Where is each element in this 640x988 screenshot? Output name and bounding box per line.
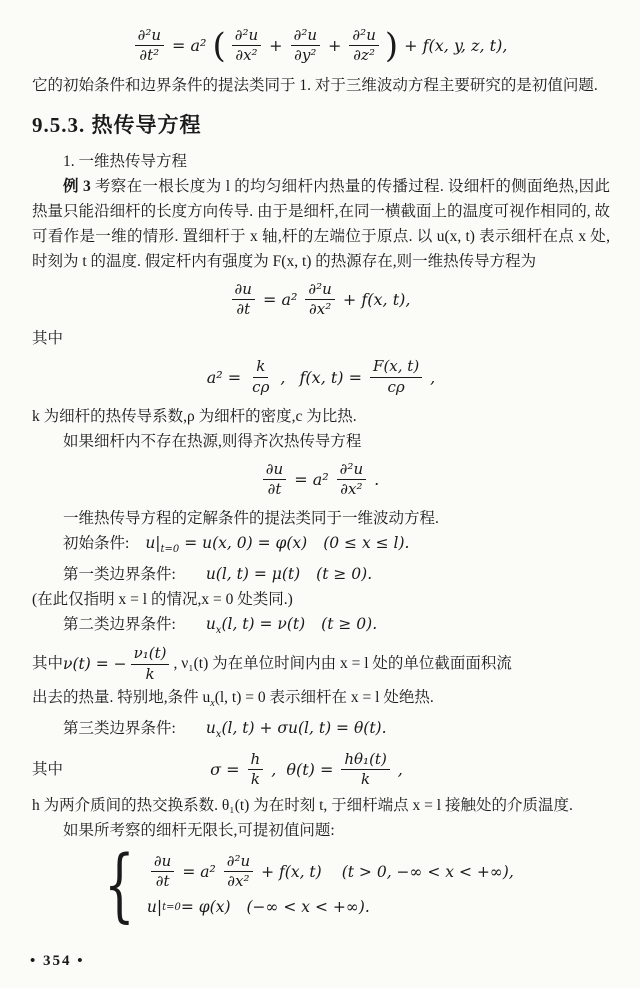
fraction: ∂²u ∂t² <box>135 27 164 65</box>
paragraph-coefficient-meaning: k 为细杆的热传导系数,ρ 为细杆的密度,c 为比热. <box>32 404 610 429</box>
fraction: ∂²u ∂x² <box>224 853 253 891</box>
fraction-numerator: ∂²u <box>135 27 164 46</box>
paragraph-intro: 它的初始条件和边界条件的提法类同于 1. 对于三维波动方程主要研究的是初值问题. <box>32 73 610 98</box>
a-squared-equals: a² = <box>207 368 241 387</box>
equals-coefficient: = a² <box>182 863 215 881</box>
formula-subscript: t=0 <box>161 544 180 555</box>
where-label: 其中 <box>32 757 63 782</box>
fraction-denominator: ∂y² <box>291 46 319 64</box>
paragraph-note-x0: (在此仅指明 x = l 的情况,x = 0 处类同.) <box>32 587 610 612</box>
condition-range: (0 ≤ x ≤ l). <box>323 534 409 552</box>
condition-label: 初始条件: <box>63 535 129 552</box>
equation-tail: . <box>374 470 379 489</box>
fraction-denominator: ∂x² <box>337 480 365 498</box>
fraction-denominator: ∂z² <box>350 46 378 64</box>
paragraph-h-meaning: h 为两介质间的热交换系数. θ₁(t) 为在时刻 t, 于细杆端点 x = l… <box>32 793 610 818</box>
fraction-numerator: ∂²u <box>349 27 378 46</box>
fraction: hθ₁(t) k <box>341 751 389 789</box>
fraction: F(x, t) cρ <box>370 358 422 396</box>
fraction: ∂u ∂t <box>232 281 255 319</box>
fraction-numerator: F(x, t) <box>370 358 422 377</box>
equation-3d-wave: ∂²u ∂t² = a² ( ∂²u ∂x² + ∂²u ∂y² + ∂²u ∂… <box>32 27 610 65</box>
fraction-denominator: k <box>358 770 373 788</box>
fraction-denominator: ∂t <box>233 300 253 318</box>
fraction-denominator: ∂t <box>153 872 173 890</box>
plus-sign: + <box>328 36 341 55</box>
sigma-equals: σ = <box>210 760 239 779</box>
condition-formula: ux(l, t) = ν(t) <box>206 615 305 633</box>
fraction-denominator: ∂t <box>265 480 285 498</box>
equation-tail: , <box>430 368 435 387</box>
section-heading: 9.5.3. 热传导方程 <box>32 112 610 139</box>
plus-sign: + <box>269 36 282 55</box>
system-line-pde: ∂u ∂t = a² ∂²u ∂x² + f(x, t) (t > 0, −∞ … <box>147 853 518 891</box>
fraction-denominator: ∂t² <box>136 46 162 64</box>
boundary-condition-2-line: 第二类边界条件:ux(l, t) = ν(t)(t ≥ 0). <box>32 612 610 643</box>
section-title: 热传导方程 <box>92 113 202 137</box>
fraction-denominator: ∂x² <box>224 872 252 890</box>
condition-label: 第一类边界条件: <box>63 566 176 583</box>
condition-label: 第三类边界条件: <box>63 720 176 737</box>
equation-tail: , <box>398 760 403 779</box>
paragraph-example-3: 例 3 考察在一根长度为 l 的均匀细杆内热量的传播过程. 设细杆的侧面绝热,因… <box>32 174 610 274</box>
condition-range: (t > 0, −∞ < x < +∞), <box>342 863 514 881</box>
equation-heat-homogeneous: ∂u ∂t = a² ∂²u ∂x² . <box>32 461 610 499</box>
condition-label: 第二类边界条件: <box>63 616 176 633</box>
formula-subscript: t=0 <box>162 902 181 913</box>
fraction: ∂u ∂t <box>151 853 174 891</box>
fraction: ∂²u ∂y² <box>291 27 320 65</box>
equation-tail: + f(x, t) <box>261 863 322 881</box>
where-label: 其中 <box>32 326 610 351</box>
page-number: • 354 • <box>30 953 85 970</box>
fraction-denominator: ∂x² <box>306 300 334 318</box>
fraction-denominator: ∂x² <box>232 46 260 64</box>
initial-condition-line: 初始条件:u|t=0 = u(x, 0) = φ(x)(0 ≤ x ≤ l). <box>32 531 610 562</box>
equation-tail: + f(x, t), <box>343 290 411 309</box>
system-line-initial: u|t=0 = φ(x) (−∞ < x < +∞). <box>147 898 518 916</box>
fraction-denominator: cρ <box>384 378 407 396</box>
equation-heat-1d: ∂u ∂t = a² ∂²u ∂x² + f(x, t), <box>32 281 610 319</box>
fraction-denominator: k <box>142 665 157 683</box>
f-equals: f(x, t) = <box>300 368 363 387</box>
formula-part: u| <box>147 898 162 916</box>
fraction-numerator: k <box>253 358 268 377</box>
condition-formula: ux(l, t) + σu(l, t) = θ(t). <box>206 719 387 737</box>
condition-range: (t ≥ 0). <box>321 615 377 633</box>
fraction: ∂²u ∂x² <box>337 461 366 499</box>
formula-part: u <box>206 615 216 633</box>
formula-part: u| <box>145 534 160 552</box>
fraction-numerator: ∂²u <box>224 853 253 872</box>
condition-formula: u(l, t) = μ(t) <box>206 565 300 583</box>
theta-equals: θ(t) = <box>286 760 333 779</box>
right-paren: ) <box>385 29 398 63</box>
fraction-numerator: ∂u <box>151 853 174 872</box>
sigma-theta-row: 其中 σ = h k , θ(t) = hθ₁(t) k , <box>32 751 610 789</box>
condition-formula: u|t=0 = u(x, 0) = φ(x) <box>145 534 307 552</box>
fraction-numerator: hθ₁(t) <box>341 751 389 770</box>
paragraph-nu-definition: 其中 ν(t) = − ν₁(t) k , ν₁(t) 为在单位时间内由 x =… <box>32 645 610 683</box>
fraction: ∂²u ∂x² <box>232 27 261 65</box>
example-label: 例 3 <box>63 178 91 195</box>
equation-coefficients: a² = k cρ , f(x, t) = F(x, t) cρ , <box>32 358 610 396</box>
fraction: ∂u ∂t <box>263 461 286 499</box>
section-number: 9.5.3. <box>32 113 85 137</box>
formula-part: (l, t) = ν(t) <box>221 615 305 633</box>
formula-part: = φ(x) <box>181 898 231 916</box>
formula-part: (l, t) + σu(l, t) = θ(t). <box>221 719 386 737</box>
fraction-numerator: ∂²u <box>291 27 320 46</box>
scanned-textbook-page: ∂²u ∂t² = a² ( ∂²u ∂x² + ∂²u ∂y² + ∂²u ∂… <box>0 0 640 988</box>
boundary-condition-1-line: 第一类边界条件:u(l, t) = μ(t)(t ≥ 0). <box>32 562 610 587</box>
comma: , <box>280 368 285 387</box>
left-brace: { <box>104 849 135 921</box>
comma: , <box>271 760 276 779</box>
fraction: ν₁(t) k <box>131 645 170 683</box>
fraction: k cρ <box>249 358 272 396</box>
fraction: ∂²u ∂z² <box>349 27 378 65</box>
condition-range: (t ≥ 0). <box>316 565 372 583</box>
subsection-heading: 1. 一维热传导方程 <box>32 149 610 174</box>
formula-part: u <box>206 719 216 737</box>
paragraph-conditions: 一维热传导方程的定解条件的提法类同于一维波动方程. <box>32 506 610 531</box>
formula-part: = u(x, 0) = φ(x) <box>179 534 307 552</box>
paragraph-nu-continued: 出去的热量. 特别地,条件 ux(l, t) = 0 表示细杆在 x = l 处… <box>32 685 610 716</box>
nu-equals: ν(t) = − <box>63 653 127 675</box>
fraction-numerator: h <box>248 751 264 770</box>
system-lines: ∂u ∂t = a² ∂²u ∂x² + f(x, t) (t > 0, −∞ … <box>147 853 518 917</box>
fraction-numerator: ν₁(t) <box>131 645 170 664</box>
fraction-numerator: ∂u <box>263 461 286 480</box>
fraction-numerator: ∂²u <box>337 461 366 480</box>
boundary-condition-3-line: 第三类边界条件:ux(l, t) + σu(l, t) = θ(t). <box>32 716 610 747</box>
paragraph-no-source: 如果细杆内不存在热源,则得齐次热传导方程 <box>32 429 610 454</box>
example-text: 考察在一根长度为 l 的均匀细杆内热量的传播过程. 设细杆的侧面绝热,因此热量只… <box>32 178 610 270</box>
equals-coefficient: = a² <box>294 470 328 489</box>
equation-sigma-theta: σ = h k , θ(t) = hθ₁(t) k , <box>63 751 550 789</box>
text-part: 出去的热量. 特别地,条件 u <box>32 689 210 706</box>
fraction: ∂²u ∂x² <box>305 281 334 319</box>
left-paren: ( <box>212 29 225 63</box>
equation-initial-value-problem: { ∂u ∂t = a² ∂²u ∂x² + f(x, t) (t > 0, −… <box>94 849 610 921</box>
fraction-denominator: k <box>248 770 263 788</box>
equation-tail: + f(x, y, z, t), <box>404 36 507 55</box>
fraction: h k <box>248 751 264 789</box>
fraction-numerator: ∂²u <box>232 27 261 46</box>
condition-range: (−∞ < x < +∞). <box>247 898 370 916</box>
equals-coefficient: = a² <box>263 290 297 309</box>
fraction-denominator: cρ <box>249 378 272 396</box>
text-part: (l, t) = 0 表示细杆在 x = l 处绝热. <box>215 689 434 706</box>
where-label: 其中 <box>32 653 63 675</box>
equals-coefficient: = a² <box>172 36 206 55</box>
nu-explanation: , ν₁(t) 为在单位时间内由 x = l 处的单位截面面积流 <box>173 653 511 675</box>
fraction-numerator: ∂u <box>232 281 255 300</box>
fraction-numerator: ∂²u <box>305 281 334 300</box>
